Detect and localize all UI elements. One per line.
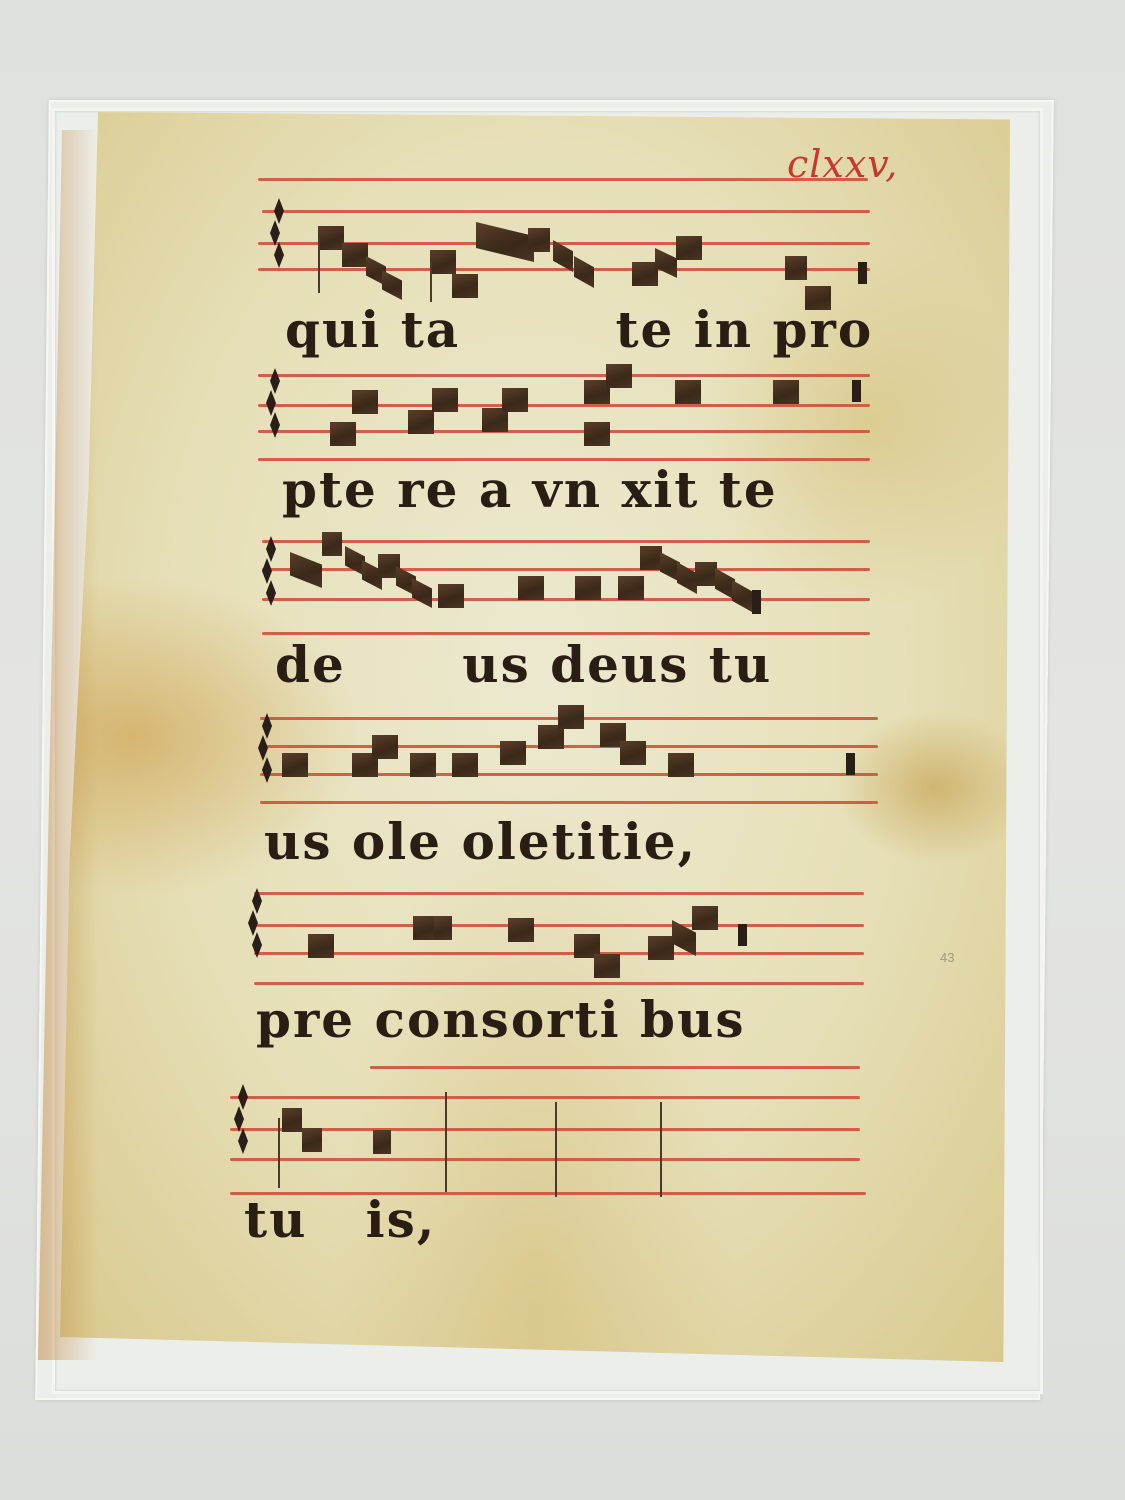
lyrics-line-6: tu is, <box>244 1190 436 1249</box>
pencil-page-number: 43 <box>940 950 954 965</box>
lyrics-line-4: us ole oletitie, <box>264 812 697 871</box>
lyrics-line-2: pte re a vn xit te <box>282 460 778 519</box>
lyrics-line-5: pre consorti bus <box>256 990 745 1049</box>
lyrics-line-3: de us deus tu <box>275 635 772 694</box>
lyrics-line-1: qui ta te in pro <box>285 300 873 359</box>
